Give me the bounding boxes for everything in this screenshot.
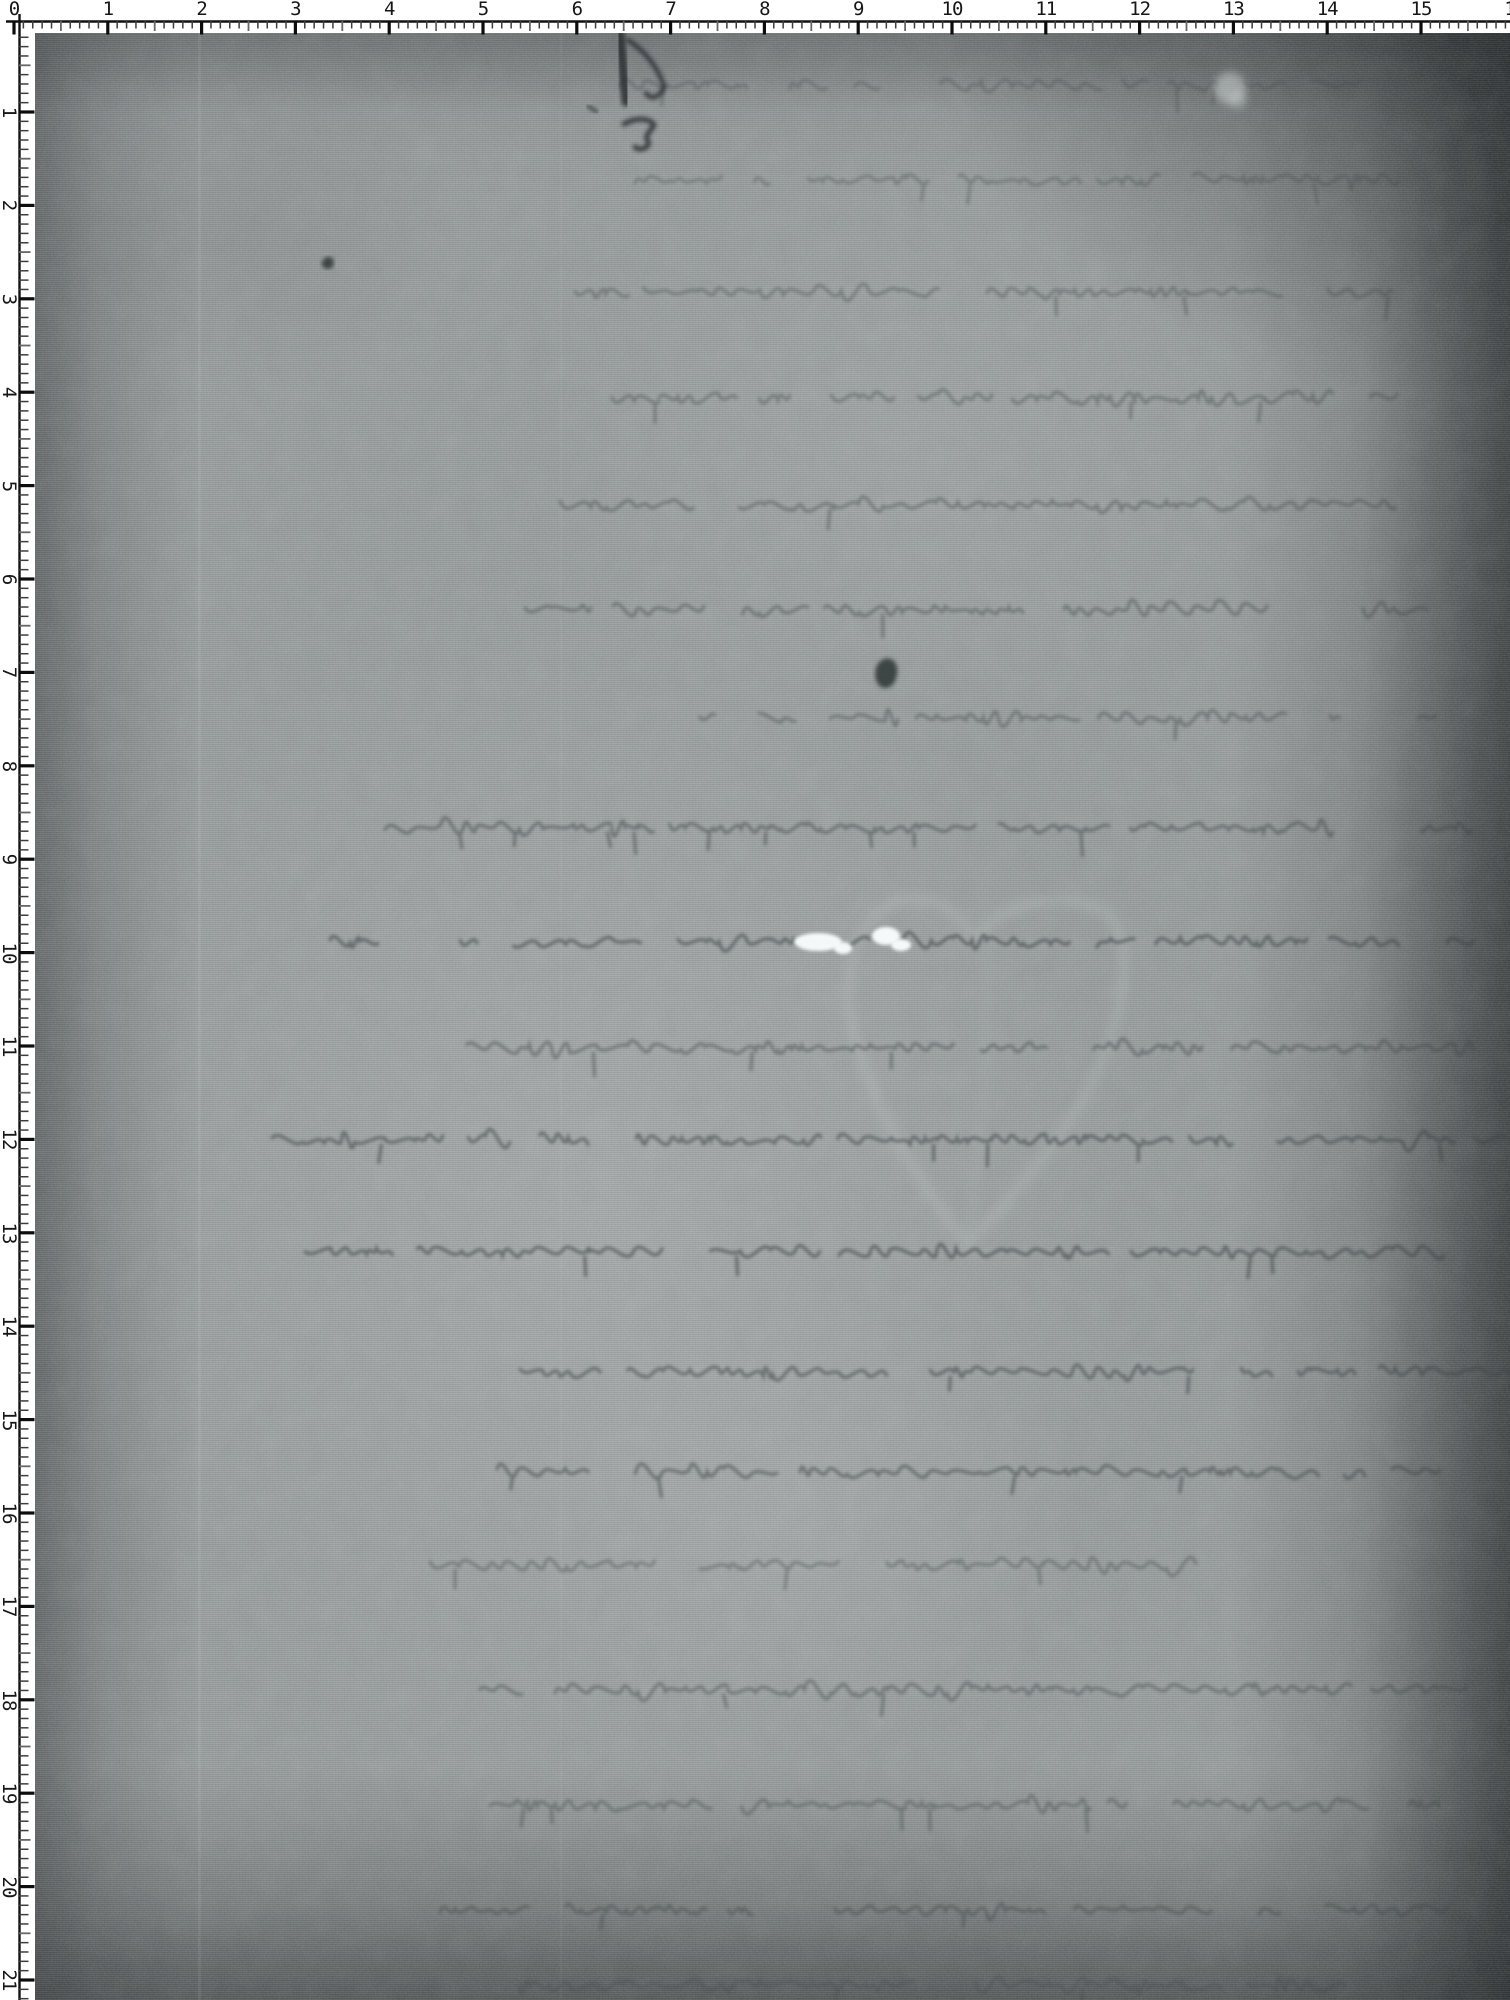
left-ruler-label: 5 <box>0 466 29 506</box>
top-ruler-label: 5 <box>461 0 505 19</box>
left-ruler-label: 9 <box>0 839 29 879</box>
manuscript-photo <box>35 33 1510 2000</box>
left-ruler-label: 16 <box>0 1493 29 1533</box>
left-ruler-label: 1 <box>0 92 29 132</box>
manuscript-scan-page: 012345678910111213141516 123456789101112… <box>0 0 1510 2000</box>
top-ruler-label: 8 <box>742 0 786 19</box>
top-ruler-label: 14 <box>1305 0 1349 19</box>
top-ruler-label: 13 <box>1211 0 1255 19</box>
top-ruler-label: 12 <box>1118 0 1162 19</box>
left-ruler-label: 7 <box>0 652 29 692</box>
top-ruler-label: 10 <box>930 0 974 19</box>
top-ruler-label: 7 <box>649 0 693 19</box>
top-ruler-label: 16 <box>1493 0 1510 19</box>
left-ruler-label: 15 <box>0 1400 29 1440</box>
film-grain-noise-layer <box>35 33 1510 2000</box>
left-ruler-label: 20 <box>0 1867 29 1907</box>
left-ruler-label: 10 <box>0 933 29 973</box>
left-ruler-label: 4 <box>0 372 29 412</box>
left-ruler-label: 11 <box>0 1026 29 1066</box>
left-ruler-label: 19 <box>0 1773 29 1813</box>
top-ruler-label: 11 <box>1024 0 1068 19</box>
left-ruler-label: 13 <box>0 1213 29 1253</box>
top-ruler-label: 15 <box>1399 0 1443 19</box>
left-ruler-label: 17 <box>0 1586 29 1626</box>
left-ruler-label: 3 <box>0 279 29 319</box>
left-ruler-label: 8 <box>0 746 29 786</box>
left-ruler-label: 6 <box>0 559 29 599</box>
left-ruler-label: 21 <box>0 1960 29 2000</box>
left-ruler-label: 12 <box>0 1119 29 1159</box>
top-ruler-label: 0 <box>0 0 36 19</box>
top-ruler-label: 2 <box>180 0 224 19</box>
left-ruler-label: 18 <box>0 1680 29 1720</box>
top-ruler-label: 4 <box>367 0 411 19</box>
top-ruler-label: 9 <box>836 0 880 19</box>
top-ruler-label: 1 <box>86 0 130 19</box>
top-ruler-label: 3 <box>273 0 317 19</box>
top-ruler-label: 6 <box>555 0 599 19</box>
left-ruler-label: 14 <box>0 1306 29 1346</box>
left-ruler-label: 2 <box>0 185 29 225</box>
